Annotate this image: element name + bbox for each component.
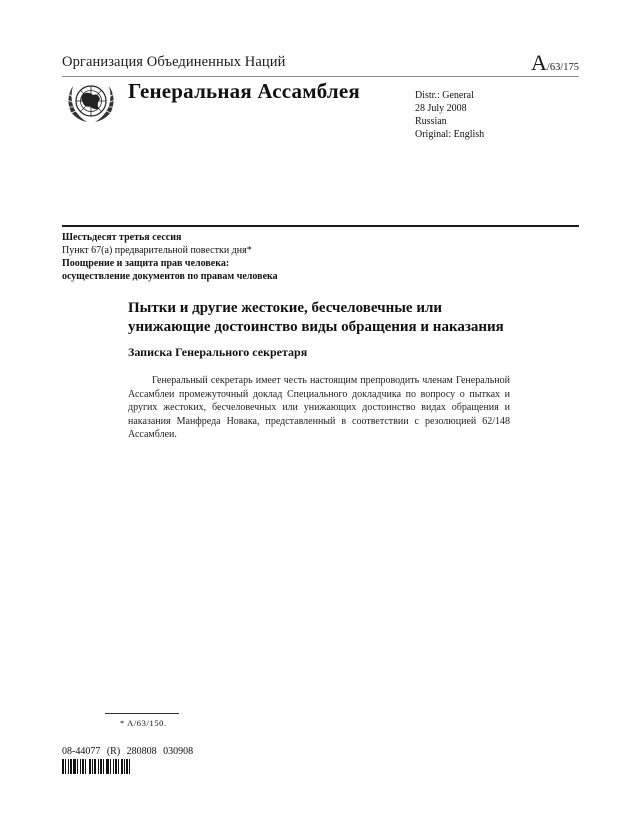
session-name: Шестьдесят третья сессия bbox=[62, 231, 278, 244]
agenda-item: Пункт 67(a) предварительной повестки дня… bbox=[62, 244, 278, 257]
document-title-line2: унижающие достоинство виды обращения и н… bbox=[128, 318, 528, 337]
agenda-topic-line1: Поощрение и защита прав человека: bbox=[62, 257, 278, 270]
header-rule bbox=[62, 76, 579, 77]
body-title: Генеральная Ассамблея bbox=[128, 79, 360, 104]
agenda-topic-line2: осуществление документов по правам челов… bbox=[62, 270, 278, 283]
footnote-text: * A/63/150. bbox=[120, 718, 167, 728]
document-number: 08-44077 (R) 280808 030908 bbox=[62, 746, 193, 757]
section-rule bbox=[62, 225, 579, 227]
original-language: Original: English bbox=[415, 128, 484, 141]
symbol-number: /63/175 bbox=[547, 62, 579, 73]
un-emblem-icon bbox=[63, 80, 119, 124]
document-language: Russian bbox=[415, 115, 484, 128]
symbol-letter: A bbox=[531, 50, 547, 75]
distribution-type: Distr.: General bbox=[415, 89, 484, 102]
organization-name: Организация Объединенных Наций bbox=[62, 54, 286, 71]
document-title: Пытки и другие жестокие, бесчеловечные и… bbox=[128, 299, 528, 337]
document-date: 28 July 2008 bbox=[415, 102, 484, 115]
session-block: Шестьдесят третья сессия Пункт 67(a) пре… bbox=[62, 231, 278, 283]
document-symbol: A/63/175 bbox=[531, 50, 579, 76]
barcode-icon bbox=[62, 759, 174, 774]
body-paragraph: Генеральный секретарь имеет честь настоя… bbox=[128, 374, 510, 442]
note-title: Записка Генерального секретаря bbox=[128, 345, 307, 360]
footnote-rule bbox=[105, 713, 179, 714]
document-title-line1: Пытки и другие жестокие, бесчеловечные и… bbox=[128, 299, 528, 318]
distribution-block: Distr.: General 28 July 2008 Russian Ori… bbox=[415, 89, 484, 141]
